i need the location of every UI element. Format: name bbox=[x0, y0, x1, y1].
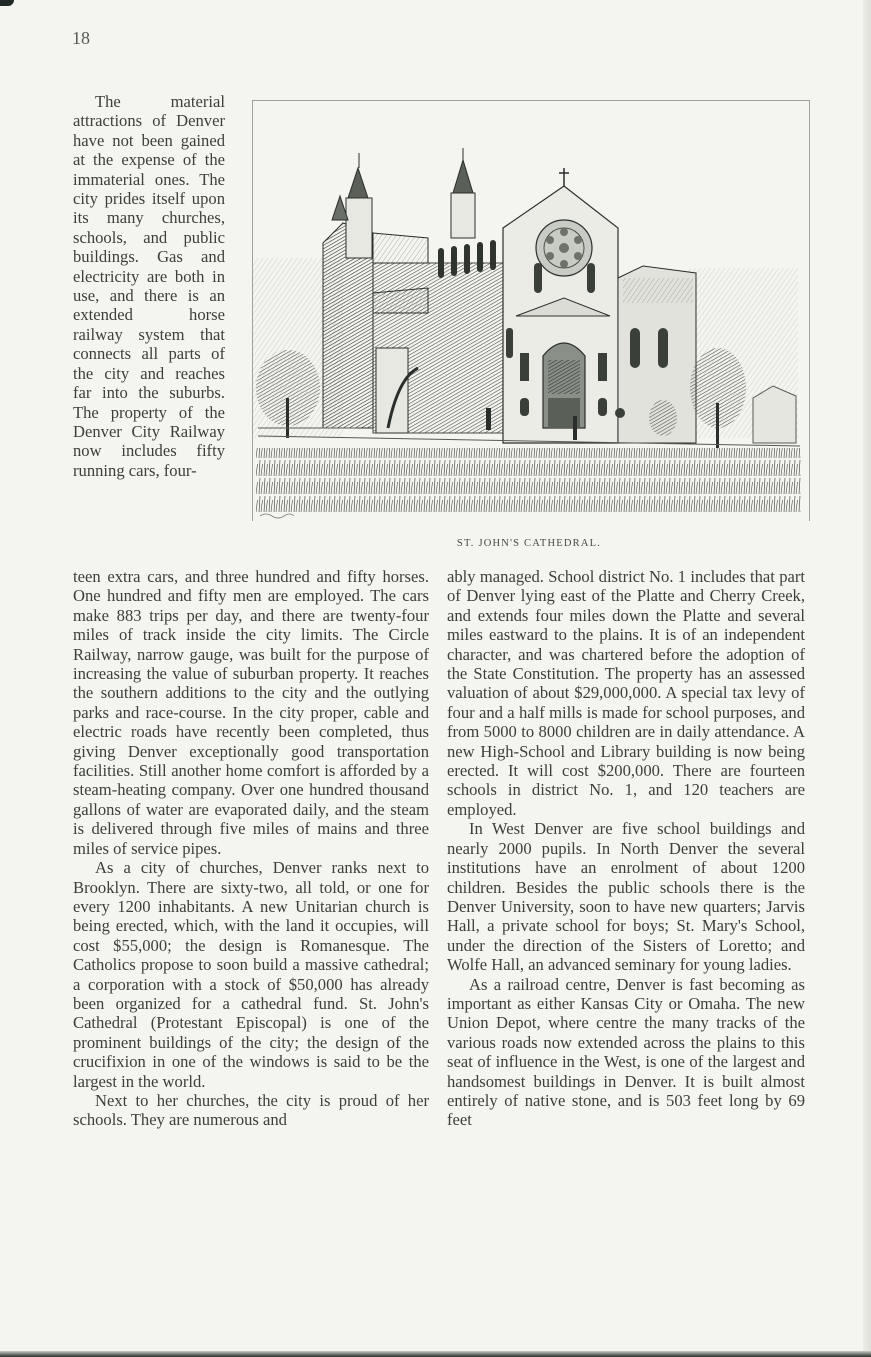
intro-paragraph: The material attractions of Denver have … bbox=[73, 92, 225, 480]
page-number: 18 bbox=[72, 28, 90, 49]
page-edge bbox=[863, 0, 871, 1357]
paragraph-school-district: ably managed. School district No. 1 incl… bbox=[447, 567, 805, 819]
left-column: teen extra cars, and three hundred and f… bbox=[73, 567, 429, 1130]
paragraph-churches: As a city of churches, Denver ranks next… bbox=[73, 858, 429, 1091]
paragraph-railway-continued: teen extra cars, and three hundred and f… bbox=[73, 567, 429, 858]
figure-caption: ST. JOHN'S CATHEDRAL. bbox=[248, 538, 810, 549]
intro-column: The material attractions of Denver have … bbox=[73, 92, 225, 480]
paragraph-west-north-denver: In West Denver are five school buildings… bbox=[447, 819, 805, 974]
paragraph-schools-intro: Next to her churches, the city is proud … bbox=[73, 1091, 429, 1130]
right-column: ably managed. School district No. 1 incl… bbox=[447, 567, 805, 1130]
paragraph-railroad-centre: As a railroad centre, Denver is fast bec… bbox=[447, 975, 805, 1130]
scan-corner-shadow bbox=[0, 0, 14, 6]
page-bottom-edge bbox=[0, 1351, 871, 1357]
cathedral-illustration: ST. JOHN'S CATHEDRAL. bbox=[248, 98, 810, 550]
cathedral-engraving-icon bbox=[248, 98, 810, 528]
